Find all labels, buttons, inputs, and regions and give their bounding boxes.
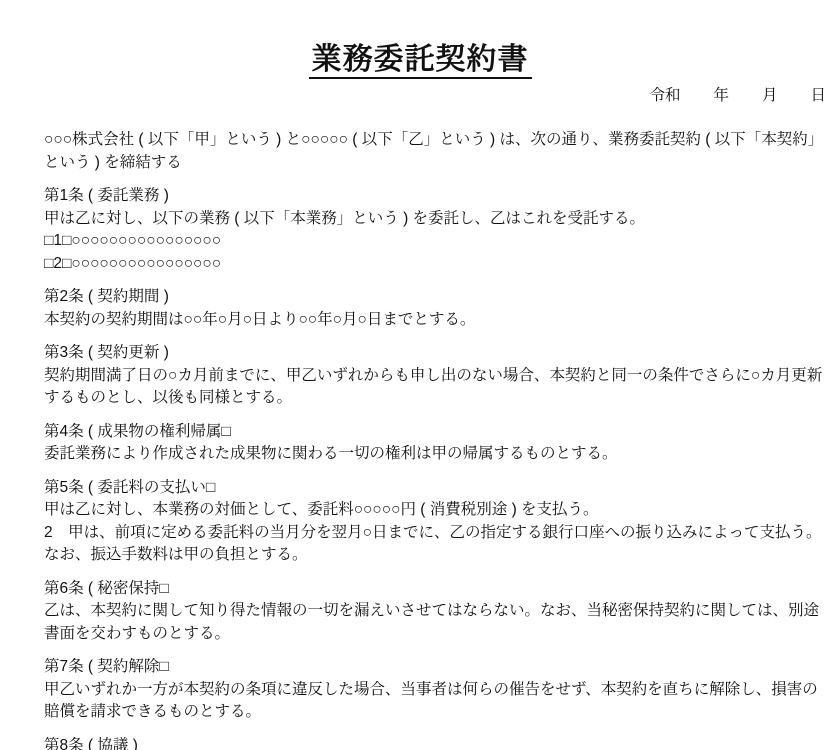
article-section: 第4条 ( 成果物の権利帰属□委託業務により作成された成果物に関わる一切の権利は… <box>44 421 830 466</box>
article-section: 第7条 ( 契約解除□甲乙いずれか一方が本契約の条項に違反した場合、当事者は何ら… <box>44 656 830 724</box>
article-body-line: □2□○○○○○○○○○○○○○○○○ <box>44 253 830 276</box>
article-body-line: 本契約の契約期間は○○年○月○日より○○年○月○日までとする。 <box>44 309 830 332</box>
title-row: 業務委託契約書 <box>0 43 840 79</box>
article-heading: 第5条 ( 委託料の支払い□ <box>44 477 830 500</box>
article-heading: 第8条 ( 協議 ) <box>44 735 830 750</box>
article-heading: 第3条 ( 契約更新 ) <box>44 342 830 365</box>
article-section: 第8条 ( 協議 ) <box>44 735 830 750</box>
article-section: 第1条 ( 委託業務 )甲は乙に対し、以下の業務 ( 以下「本業務」という ) … <box>44 185 830 275</box>
article-section: 第6条 ( 秘密保持□乙は、本契約に関して知り得た情報の一切を漏えいさせてはなら… <box>44 578 830 646</box>
article-body-line: 甲乙いずれか一方が本契約の条項に違反した場合、当事者は何らの催告をせず、本契約を… <box>44 679 830 724</box>
article-section: 第2条 ( 契約期間 )本契約の契約期間は○○年○月○日より○○年○月○日までと… <box>44 286 830 331</box>
article-body-line: □1□○○○○○○○○○○○○○○○○ <box>44 230 830 253</box>
date-part-1: 年 <box>713 85 729 107</box>
article-heading: 第6条 ( 秘密保持□ <box>44 578 830 601</box>
article-body-line: 2 甲は、前項に定める委託料の当月分を翌月○日までに、乙の指定する銀行口座への振… <box>44 522 830 567</box>
article-body-line: 乙は、本契約に関して知り得た情報の一切を漏えいさせてはならない。なお、当秘密保持… <box>44 600 830 645</box>
document-body: ○○○株式会社 ( 以下「甲」という ) と○○○○○ ( 以下「乙」という )… <box>0 129 840 750</box>
article-body-line: 委託業務により作成された成果物に関わる一切の権利は甲の帰属するものとする。 <box>44 443 830 466</box>
article-heading: 第2条 ( 契約期間 ) <box>44 286 830 309</box>
document-title: 業務委託契約書 <box>309 43 532 79</box>
article-body-line: 契約期間満了日の○カ月前までに、甲乙いずれからも申し出のない場合、本契約と同一の… <box>44 365 830 410</box>
date-part-2: 月 <box>762 85 778 107</box>
date-part-0: 令和 <box>649 85 680 107</box>
article-heading: 第1条 ( 委託業務 ) <box>44 185 830 208</box>
article-body-line: 甲は乙に対し、本業務の対価として、委託料○○○○○円 ( 消費税別途 ) を支払… <box>44 499 830 522</box>
articles: 第1条 ( 委託業務 )甲は乙に対し、以下の業務 ( 以下「本業務」という ) … <box>44 185 830 750</box>
article-body-line: 甲は乙に対し、以下の業務 ( 以下「本業務」という ) を委託し、乙はこれを受託… <box>44 208 830 231</box>
article-section: 第5条 ( 委託料の支払い□甲は乙に対し、本業務の対価として、委託料○○○○○円… <box>44 477 830 567</box>
article-heading: 第7条 ( 契約解除□ <box>44 656 830 679</box>
contract-document-page: 業務委託契約書 令和年月日 ○○○株式会社 ( 以下「甲」という ) と○○○○… <box>0 0 840 750</box>
article-heading: 第4条 ( 成果物の権利帰属□ <box>44 421 830 444</box>
article-section: 第3条 ( 契約更新 )契約期間満了日の○カ月前までに、甲乙いずれからも申し出の… <box>44 342 830 410</box>
intro-paragraph: ○○○株式会社 ( 以下「甲」という ) と○○○○○ ( 以下「乙」という )… <box>44 129 830 174</box>
date-line: 令和年月日 <box>0 85 840 107</box>
date-part-3: 日 <box>810 85 826 107</box>
